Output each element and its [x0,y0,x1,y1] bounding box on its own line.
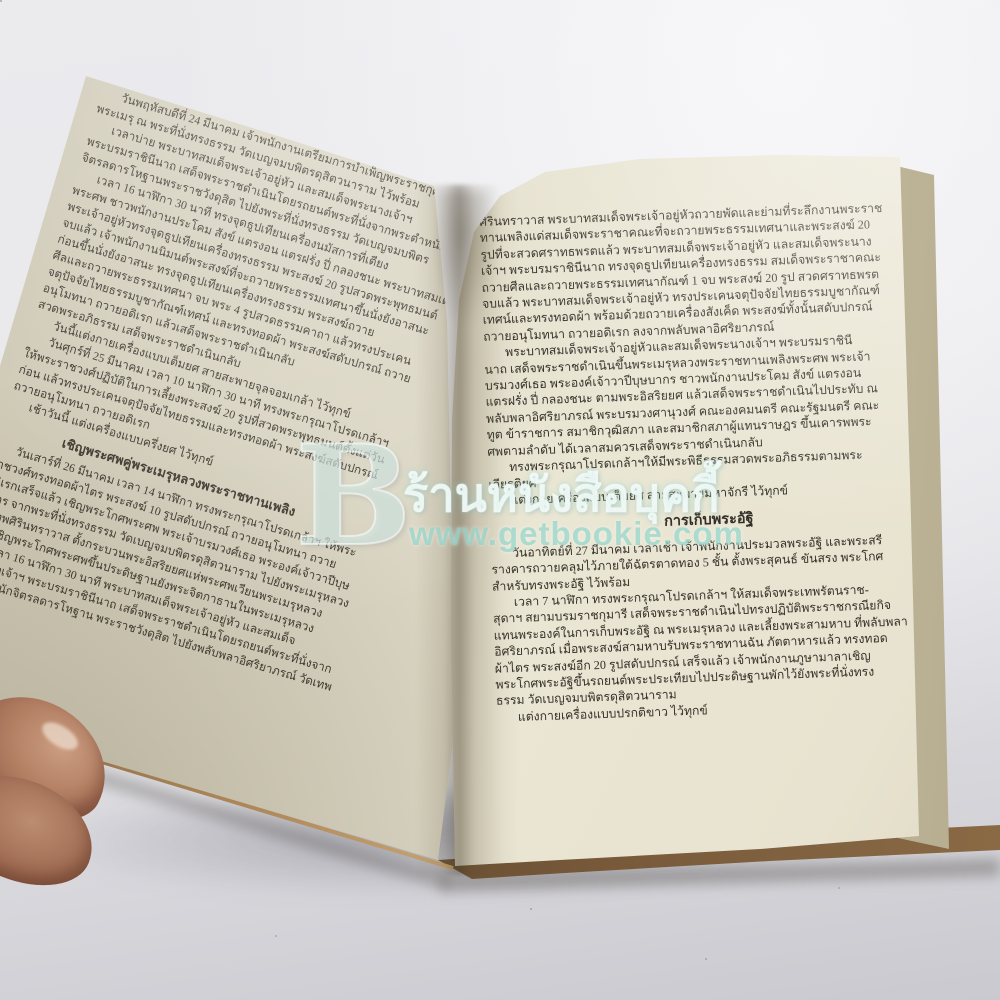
right-page-paragraphs-top: ศิรินทราวาส พระบาทสมเด็จพระเจ้าอยู่หัวถว… [479,199,927,509]
dust-specks [0,0,2,2]
right-page-paragraphs-bottom: วันอาทิตย์ที่ 27 มีนาคม เวลาเช้า เจ้าพนั… [491,530,935,726]
left-page-text: วันพฤหัสบดีที่ 24 มีนาคม เจ้าพนักงานเตรี… [0,84,457,689]
right-page-text: ศิรินทราวาส พระบาทสมเด็จพระเจ้าอยู่หัวถว… [479,199,935,726]
book-photo: วันพฤหัสบดีที่ 24 มีนาคม เจ้าพนักงานเตรี… [0,0,1000,1000]
